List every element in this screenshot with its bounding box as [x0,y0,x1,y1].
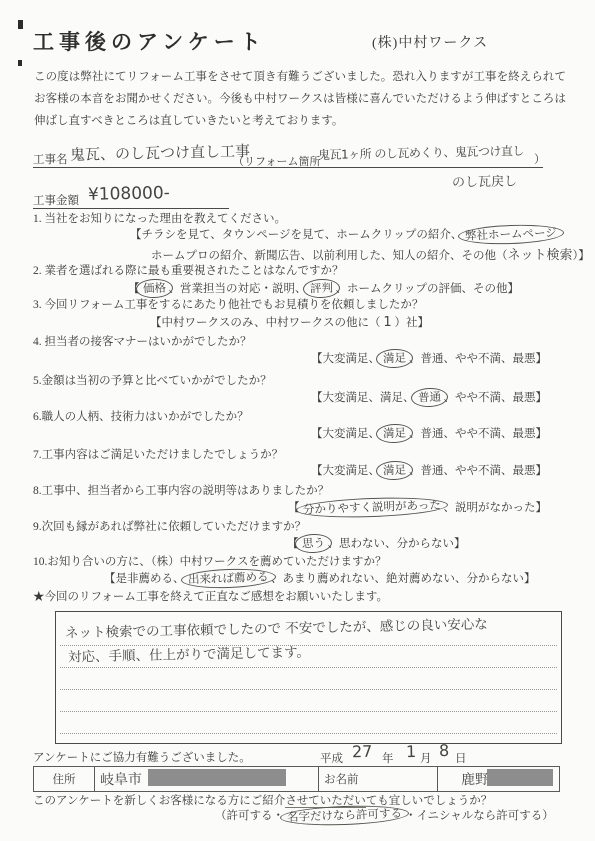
handwritten-answer: 1 [383,315,391,330]
share-question-text: このアンケートを新しくお客様になる方にご紹介 [33,795,285,807]
date-year-handwritten: 27 [352,742,373,761]
question-9: 9.次回も縁があれば弊社に依頼していただけますか？ [33,518,306,534]
info-table: 住所 岐阜市 お名前 鹿野 [33,766,560,792]
option-text: 【大変満足、 [311,353,380,365]
question-1-options-line1: 【チラシを見て、タウンページを見て、ホームクリップの紹介、弊社ホームページ [130,226,560,242]
feedback-prompt: ★今回のリフォーム工事を終えて正直なご感想をお願いいたします。 [33,588,388,604]
question-1: 1. 当社をお知りになった理由を教えてください。 [33,210,286,226]
option-text: 【中村ワークスのみ、中村ワークスの他に（ [150,317,380,329]
option-text: 、普通、やや不満、最悪】 [409,465,547,477]
date-year-label: 年 [382,750,394,766]
scan-artifact [18,60,22,66]
question-10-options: 【是非薦める、出来れば薦める、あまり薦めれない、絶対薦めない、分からない】 [104,570,536,586]
question-3-options: 【中村ワークスのみ、中村ワークスの他に（ 1 ）社】 [150,314,429,330]
question-10: 10.お知り合いの方に、（株）中村ワークスを薦めていただけますか？ [33,553,387,569]
option-text: （許可する・ [215,810,284,822]
circled-option: 出来れば薦める [180,567,275,589]
project-name-label: 工事名 [33,151,68,167]
option-text: ・イニシャルなら許可する） [405,810,554,822]
amount-underline [33,208,229,209]
circled-option: 分かりやすく説明があった [295,495,447,519]
option-text: 、普通、やや不満、最悪】 [409,428,547,440]
reform-location-close-paren: ） [534,151,546,167]
project-name-underline [33,167,543,168]
question-8: 8.工事中、担当者から工事内容の説明等はありましたか？ [33,482,329,498]
option-text: 、思わない、分からない】 [328,538,466,550]
option-text: 、やや不満、最悪】 [444,392,548,404]
option-text: ）社】 [395,317,430,329]
option-text: 【大変満足、 [311,428,380,440]
redaction-bar [148,769,286,786]
circled-option: 満足 [376,460,414,480]
circled-option: 満足 [376,423,414,443]
circled-option: 弊社ホームページ [458,223,564,246]
comment-ruled-line [60,711,557,712]
question-9-options: 【思う、思わない、分からない】 [287,535,466,551]
circled-option: 普通 [410,387,448,407]
question-4-options: 【大変満足、満足、普通、やや不満、最悪】 [311,350,547,366]
page-title: 工事後のアンケート [33,26,266,56]
option-text: 【チラシを見て、タウンページを見て、ホームクリップの紹介、 [130,229,462,241]
question-7-options: 【大変満足、満足、普通、やや不満、最悪】 [311,462,547,478]
question-1-options-line2: ホームプロの紹介、新聞広告、以前利用した、知人の紹介、その他（ネット検索）】 [151,244,590,263]
option-text: 、説明がなかった】 [444,502,548,514]
address-handwritten: 岐阜市 [100,769,142,790]
option-text: 、営業担当の対応・説明、 [169,283,307,295]
scanned-survey-page: 工事後のアンケート (株)中村ワークス この度は弊社にてリフォーム工事をさせて頂… [0,0,595,841]
circled-option: 満足 [376,348,414,368]
intro-paragraph: この度は弊社にてリフォーム工事をさせて頂き有難うございました。恐れ入りますが工事… [34,66,566,132]
option-text: 、ホームクリップの評価、その他】 [336,283,520,295]
circled-option: 名字だけなら許可する [280,804,410,827]
option-text: 【大変満足、満足、 [311,392,415,404]
share-question: このアンケートを新しくお客様になる方にご紹介させていただいても宜しいでしょうか？ [33,792,492,808]
handwritten-answer: ネット検索 [508,248,573,263]
question-2-options: 【価格、営業担当の対応・説明、評判、ホームクリップの評価、その他】 [128,280,519,296]
option-text: ）】 [573,250,590,262]
question-4: 4. 担当者の接客マナーはいかがでしたか？ [33,333,252,349]
option-text: 、あまり薦めれない、絶対薦めない、分からない】 [271,573,536,585]
thanks-text: アンケートにご協力有難うございました。 [33,749,251,765]
comment-ruled-line [60,689,557,690]
amount-value-handwritten: ¥108000- [88,183,170,205]
question-8-options: 【分かりやすく説明があった、説明がなかった】 [288,499,547,515]
name-handwritten: 鹿野 [461,769,489,790]
reform-location-extra-handwritten: のし瓦戻し [452,170,517,190]
date-era-label: 平成 [320,750,343,766]
option-text: 【大変満足、 [311,465,380,477]
share-question-text: ても宜しいでしょうか？ [366,795,493,807]
scan-artifact [18,20,23,29]
name-label-cell: お名前 [319,767,438,792]
comment-ruled-line [60,733,557,734]
date-month-handwritten: 1 [406,742,417,761]
date-month-label: 月 [420,750,432,766]
question-5: 5.金額は当初の予算と比べていかがでしたか？ [33,372,272,388]
option-text: 【是非薦める、 [104,573,185,585]
comment-ruled-line [60,667,557,668]
option-text: 、普通、やや不満、最悪】 [409,353,547,365]
question-2: 2. 業者を選ばれる際に最も重要視されたことはなんですか？ [33,262,344,278]
question-6-options: 【大変満足、満足、普通、やや不満、最悪】 [311,425,547,441]
question-3: 3. 今回リフォーム工事をするにあたり他社でもお見積りを依頼しましたか？ [33,296,423,312]
address-label-cell: 住所 [34,767,95,792]
question-7: 7.工事内容はご満足いただけましたでしょうか？ [33,446,283,462]
circled-option: 思う [294,533,332,553]
redaction-bar [487,769,553,786]
option-text: ホームプロの紹介、新聞広告、以前利用した、知人の紹介、その他（ [151,250,508,262]
date-day-label: 日 [455,750,467,766]
project-name-value-handwritten: 鬼瓦、のし瓦つけ直し工事 [70,140,250,165]
question-6: 6.職人の人柄、技術力はいかがでしたか？ [33,408,249,424]
amount-label: 工事金額 [33,192,79,208]
date-day-handwritten: 8 [439,741,450,760]
company-name: (株)中村ワークス [372,32,488,52]
question-5-options: 【大変満足、満足、普通、やや不満、最悪】 [311,389,547,405]
permission-options: （許可する・名字だけなら許可する・イニシャルなら許可する） [215,807,554,823]
reform-location-value-handwritten: 鬼瓦1ヶ所 のし瓦めくり、鬼瓦つけ直し [318,142,524,163]
